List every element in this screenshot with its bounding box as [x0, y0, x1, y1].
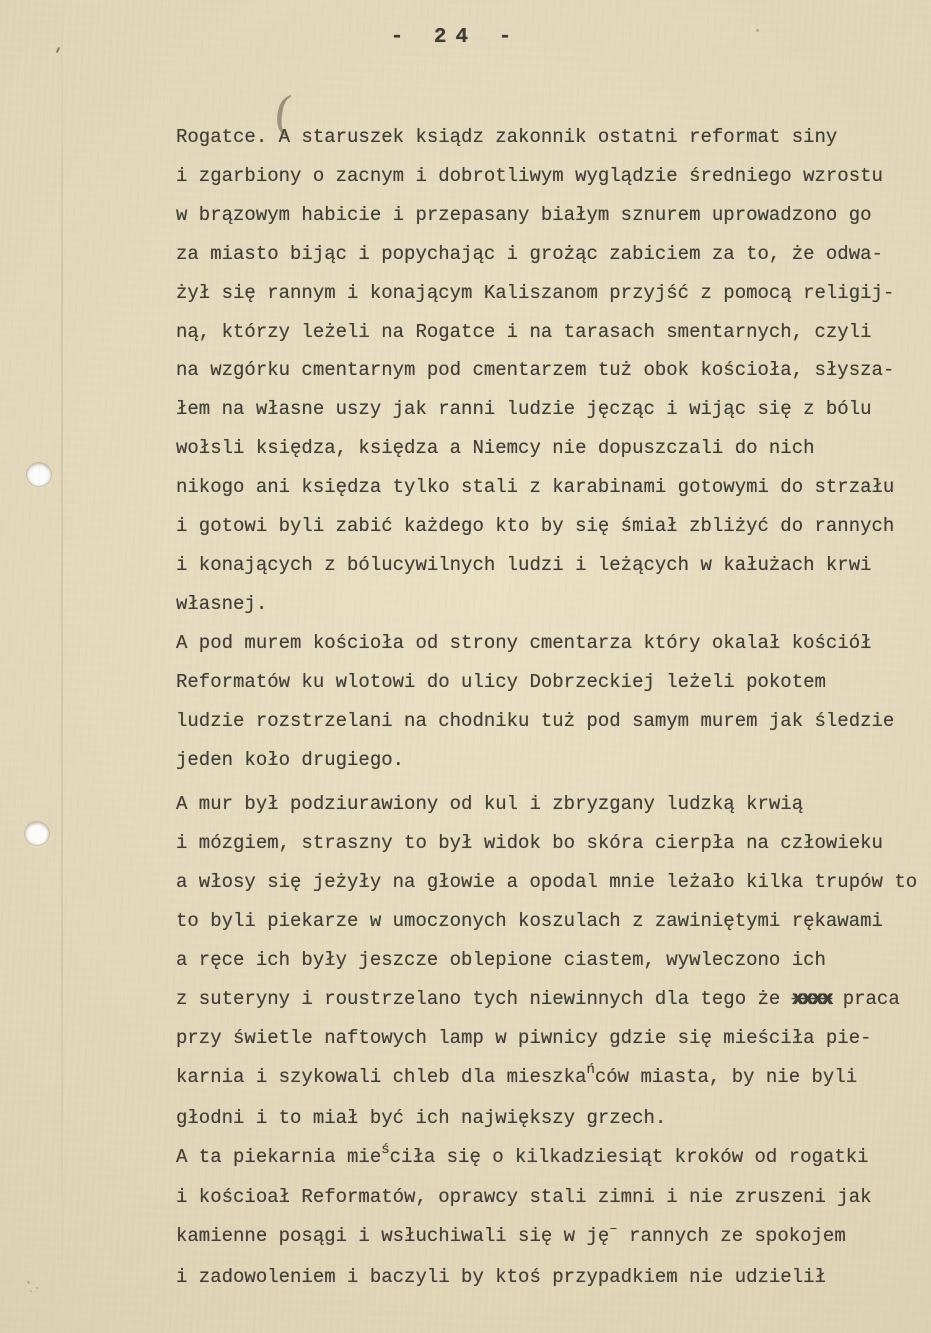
paper-speck — [27, 1281, 30, 1284]
text-line: głodni i to miał być ich największy grze… — [176, 1099, 931, 1138]
typewritten-text: Rogatce. A staruszek ksiądz zakonnik ost… — [176, 118, 931, 1297]
paper-speck — [36, 1287, 38, 1289]
text-line: ludzie rozstrzelani na chodniku tuż pod … — [176, 702, 931, 741]
text-line: na wzgórku cmentarnym pod cmentarzem tuż… — [176, 351, 931, 390]
text-line: Rogatce. A staruszek ksiądz zakonnik ost… — [176, 118, 931, 157]
text-line: jeden koło drugiego. — [176, 741, 931, 780]
text-line: i zgarbiony o zacnym i dobrotliwym wyglą… — [176, 157, 931, 196]
paper-speck — [56, 47, 60, 53]
text-line: i konających z bólucywilnych ludzi i leż… — [176, 546, 931, 585]
text-line: ną, którzy leżeli na Rogatce i na tarasa… — [176, 313, 931, 352]
paragraph: Rogatce. A staruszek ksiądz zakonnik ost… — [176, 118, 931, 624]
text-line: za miasto bijąc i popychając i grożąc za… — [176, 235, 931, 274]
punch-hole-top — [27, 463, 51, 486]
text-line: własnej. — [176, 585, 931, 624]
text-line: nikogo ani księdza tylko stali z karabin… — [176, 468, 931, 507]
text-line: i kościoał Reformatów, oprawcy stali zim… — [176, 1178, 931, 1217]
paragraph: A ta piekarnia mieściła się o kilkadzies… — [176, 1138, 931, 1298]
text-line: A ta piekarnia mieściła się o kilkadzies… — [176, 1138, 931, 1179]
text-line: łem na własne uszy jak ranni ludzie jęcz… — [176, 390, 931, 429]
text-line: i zadowoleniem i baczyli by ktoś przypad… — [176, 1258, 931, 1297]
page-number: - 24 - — [0, 26, 911, 49]
text-line: żył się rannym i konającym Kaliszanom pr… — [176, 274, 931, 313]
paper-speck — [628, 1120, 631, 1123]
document-page: - 24 - ( Rogatce. A staruszek ksiądz zak… — [0, 0, 931, 1333]
text-line: A mur był podziurawiony od kul i zbryzga… — [176, 785, 931, 824]
text-line: a ręce ich były jeszcze oblepione ciaste… — [176, 941, 931, 980]
paper-fold-line — [61, 0, 63, 1333]
text-line: to byli piekarze w umoczonych koszulach … — [176, 902, 931, 941]
text-line: w brązowym habicie i przepasany białym s… — [176, 196, 931, 235]
paragraph: A mur był podziurawiony od kul i zbryzga… — [176, 785, 931, 1137]
text-line: a włosy się jeżyły na głowie a opodal mn… — [176, 863, 931, 902]
punch-hole-bottom — [25, 822, 49, 845]
text-line: z suteryny i roustrzelano tych niewinnyc… — [176, 980, 931, 1019]
text-line: A pod murem kościoła od strony cmentarza… — [176, 624, 931, 663]
text-line: Reformatów ku wlotowi do ulicy Dobrzecki… — [176, 663, 931, 702]
text-line: karnia i szykowali chleb dla mieszkańców… — [176, 1058, 931, 1099]
text-line: wołsli księdza, księdza a Niemcy nie dop… — [176, 429, 931, 468]
text-line: i gotowi byli zabić każdego kto by się ś… — [176, 507, 931, 546]
paper-speck — [756, 29, 759, 32]
text-line: i mózgiem, straszny to był widok bo skór… — [176, 824, 931, 863]
paper-speck — [30, 1290, 32, 1292]
text-line: przy świetle naftowych lamp w piwnicy gd… — [176, 1019, 931, 1058]
paragraph: A pod murem kościoła od strony cmentarza… — [176, 624, 931, 780]
text-line: kamienne posągi i wsłuchiwali się w ję– … — [176, 1217, 931, 1258]
